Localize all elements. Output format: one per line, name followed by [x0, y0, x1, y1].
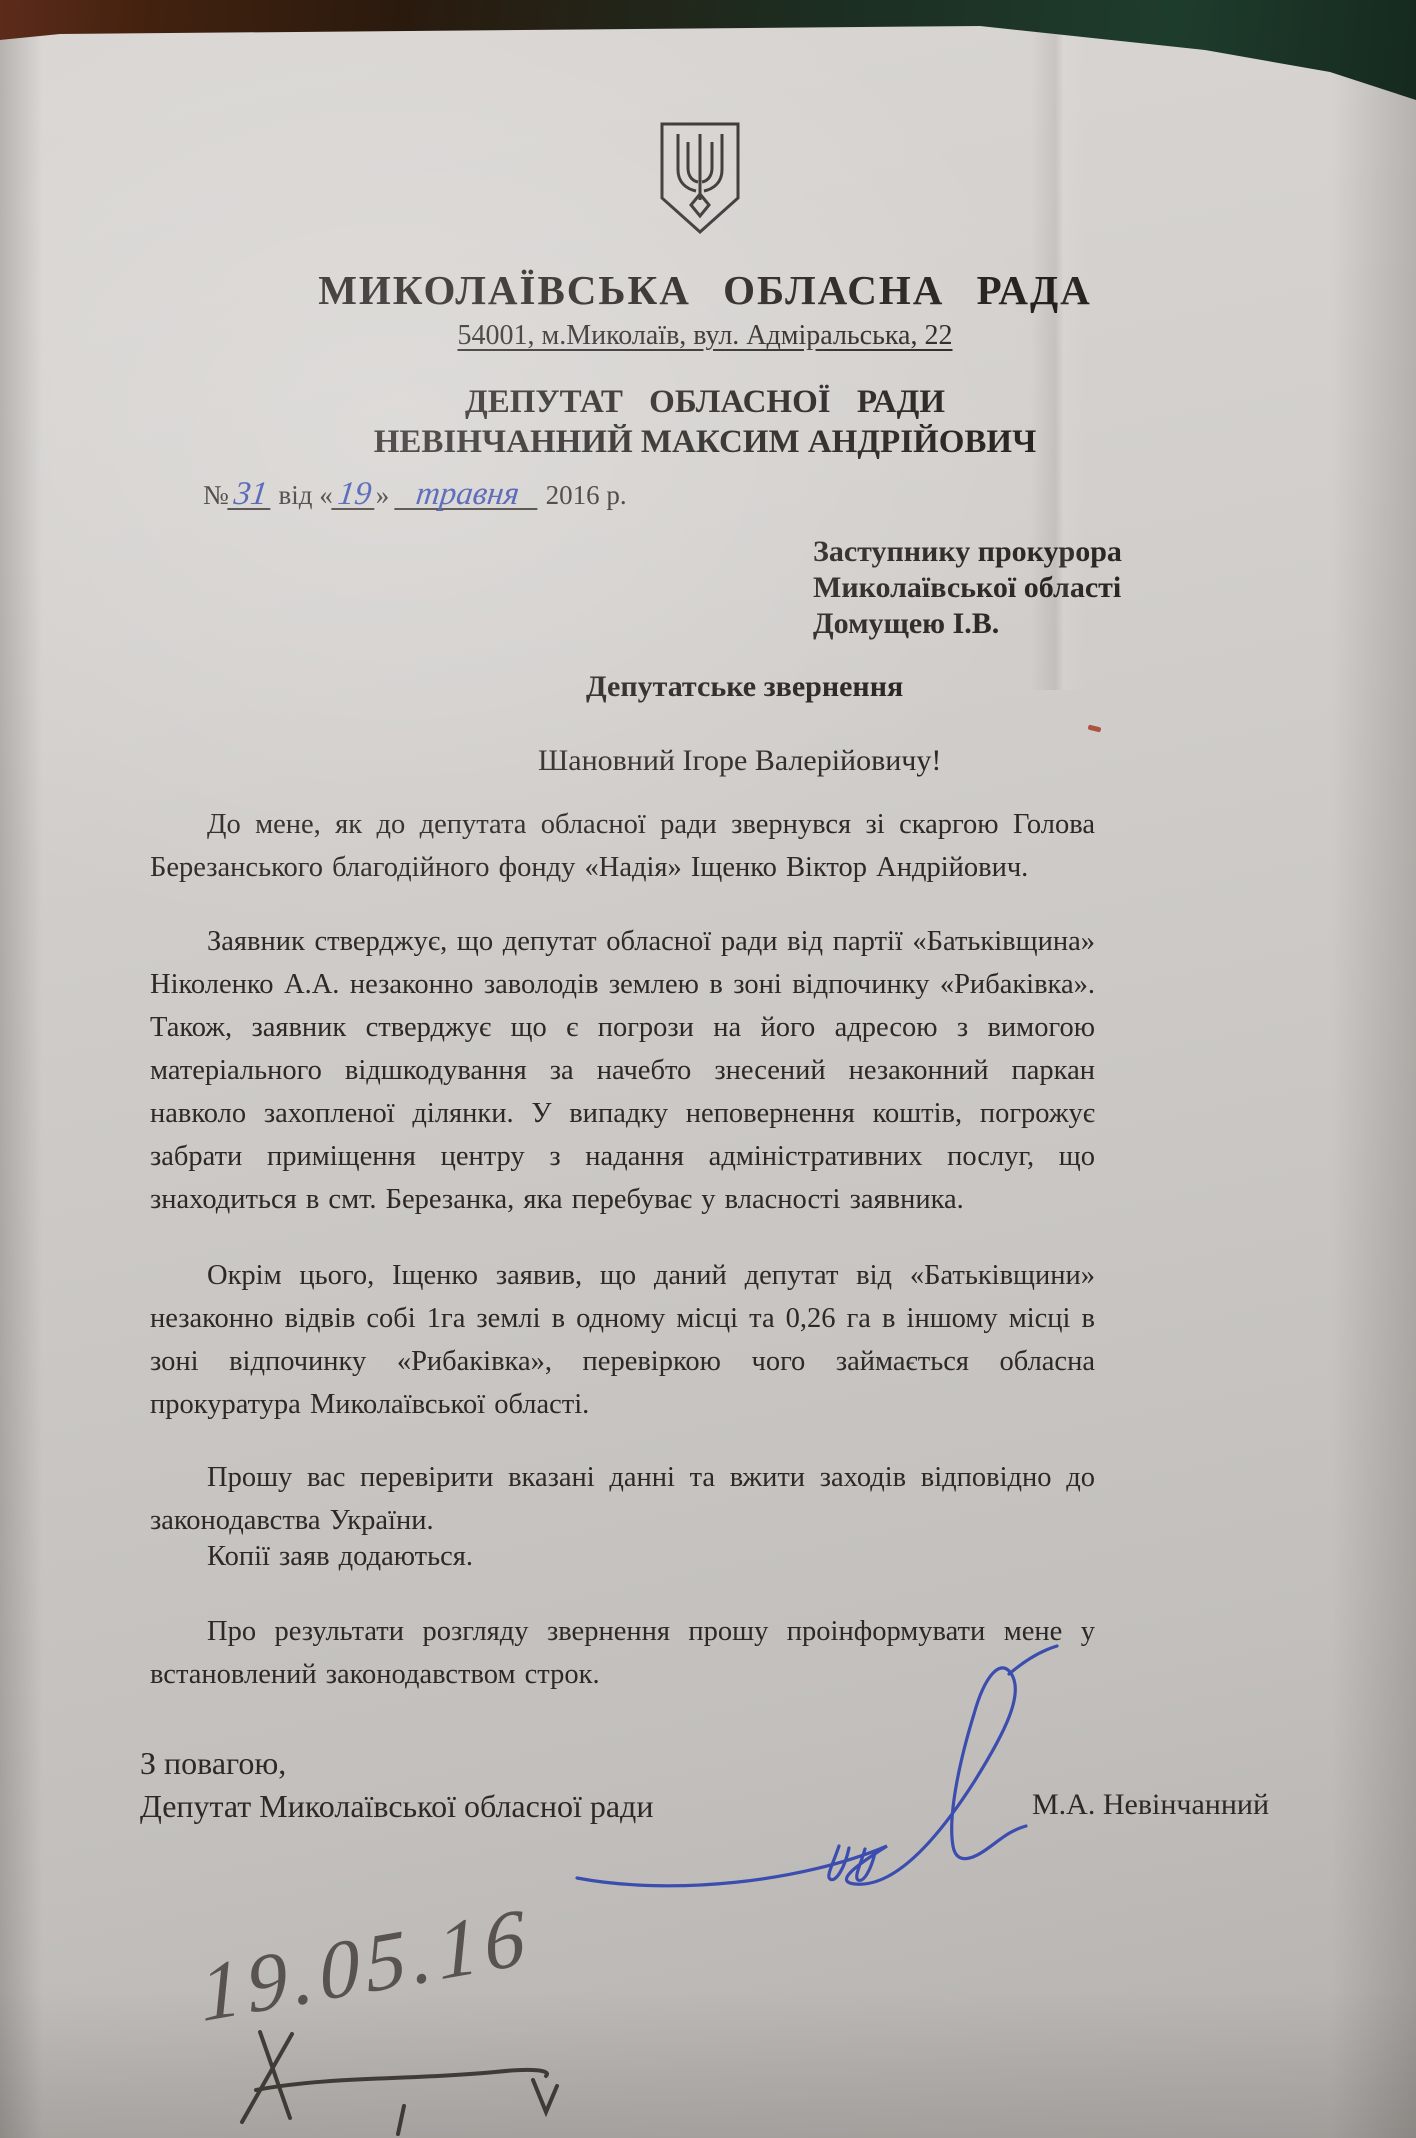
- deputy-title: ДЕПУТАТ ОБЛАСНОЇ РАДИ: [160, 384, 1250, 421]
- handwritten-number: 31: [227, 481, 274, 510]
- document-subject: Депутатське звернення: [586, 670, 903, 704]
- trident-emblem-icon: [652, 120, 748, 238]
- addressee-line-2: Миколаївської області: [813, 570, 1122, 606]
- letter-paper: МИКОЛАЇВСЬКА ОБЛАСНА РАДА 54001, м.Микол…: [0, 0, 1416, 2138]
- number-sign: №: [203, 480, 229, 510]
- deputy-name: НЕВІНЧАННИЙ МАКСИМ АНДРІЙОВИЧ: [160, 424, 1250, 461]
- paragraph-4: Прошу вас перевірити вказані данні та вж…: [150, 1456, 1095, 1542]
- vid-label: від «: [272, 480, 333, 510]
- paragraph-3: Окрім цього, Іщенко заявив, що даний деп…: [150, 1254, 1095, 1426]
- salutation: Шановний Ігоре Валерійовичу!: [538, 744, 941, 778]
- organization-address: 54001, м.Миколаїв, вул. Адміральська, 22: [160, 320, 1250, 352]
- paragraph-1: До мене, як до депутата обласної ради зв…: [150, 803, 1095, 889]
- addressee-block: Заступнику прокурора Миколаївської облас…: [813, 534, 1122, 642]
- handwritten-day: 19: [331, 481, 378, 510]
- quote-close: »: [376, 480, 396, 510]
- organization-name: МИКОЛАЇВСЬКА ОБЛАСНА РАДА: [160, 266, 1250, 314]
- paragraph-2: Заявник стверджує, що депутат обласної р…: [150, 920, 1095, 1221]
- paragraph-5: Копії заяв додаються.: [150, 1535, 1095, 1578]
- signature-ink: [552, 1630, 1072, 1910]
- year-label: 2016 р.: [539, 480, 627, 510]
- organization-address-text: 54001, м.Миколаїв, вул. Адміральська, 22: [457, 320, 952, 351]
- addressee-line-1: Заступнику прокурора: [813, 534, 1122, 570]
- photographed-letter: { "palette":{ "table_brown":"#43220f", "…: [0, 0, 1416, 2138]
- pen-scribble-ink: [190, 2018, 620, 2138]
- reference-line: №31 від «19» травня 2016 р.: [203, 480, 627, 511]
- red-ink-mark: [1088, 725, 1102, 733]
- addressee-line-3: Домущею І.В.: [813, 606, 1122, 642]
- handwritten-month: травня: [394, 481, 540, 510]
- closing-regards: З повагою,: [140, 1745, 286, 1782]
